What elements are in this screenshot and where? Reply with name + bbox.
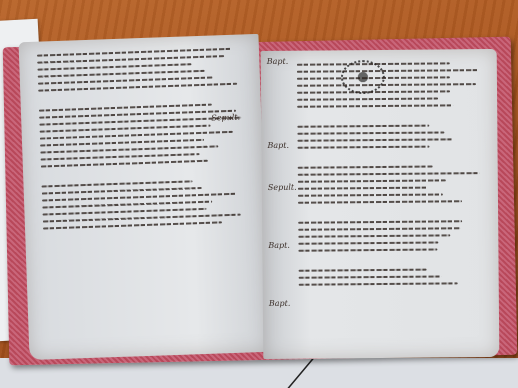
handwritten-line (42, 180, 193, 187)
handwritten-line (298, 220, 462, 223)
handwritten-line (298, 187, 427, 190)
margin-label: Sepult. (211, 113, 240, 123)
margin-label: Bapt. (267, 141, 289, 150)
handwritten-line (298, 241, 438, 244)
handwritten-line (297, 97, 438, 100)
handwritten-line (298, 200, 462, 203)
handwritten-line (41, 160, 208, 168)
margin-label: Bapt. (267, 57, 289, 66)
handwritten-line (297, 62, 450, 65)
handwritten-line (298, 234, 450, 237)
handwritten-line (299, 275, 442, 278)
left-page: Sepult. (19, 34, 270, 360)
handwritten-line (297, 76, 450, 79)
handwritten-line (43, 208, 207, 216)
handwritten-line (298, 172, 480, 176)
handwritten-line (299, 282, 458, 285)
handwritten-line (42, 187, 202, 195)
margin-label: Sepult. (268, 183, 297, 192)
handwritten-line (298, 193, 443, 196)
handwritten-line (298, 227, 460, 230)
handwritten-line (299, 269, 427, 272)
handwritten-line (297, 83, 476, 87)
handwritten-line (297, 131, 444, 134)
handwritten-line (40, 125, 211, 133)
handwritten-line (38, 70, 205, 78)
left-page-text (37, 43, 248, 243)
handwritten-line (42, 201, 212, 209)
right-page-text (297, 57, 481, 299)
right-page: Bapt. Bapt. Sepult. Bapt. Bapt. (261, 49, 500, 359)
handwritten-line (40, 139, 204, 147)
handwritten-line (297, 125, 429, 128)
margin-label: Bapt. (269, 299, 291, 308)
handwritten-line (37, 55, 224, 64)
margin-label: Bapt. (268, 241, 290, 250)
handwritten-line (297, 69, 478, 73)
handwritten-line (297, 138, 452, 141)
handwritten-line (297, 90, 450, 93)
handwritten-line (297, 104, 453, 107)
handwritten-line (297, 146, 429, 149)
handwritten-line (39, 104, 212, 112)
handwritten-line (298, 179, 446, 182)
handwritten-line (298, 166, 433, 169)
handwritten-line (41, 153, 200, 161)
handwritten-line (37, 63, 191, 70)
handwritten-line (298, 249, 437, 252)
